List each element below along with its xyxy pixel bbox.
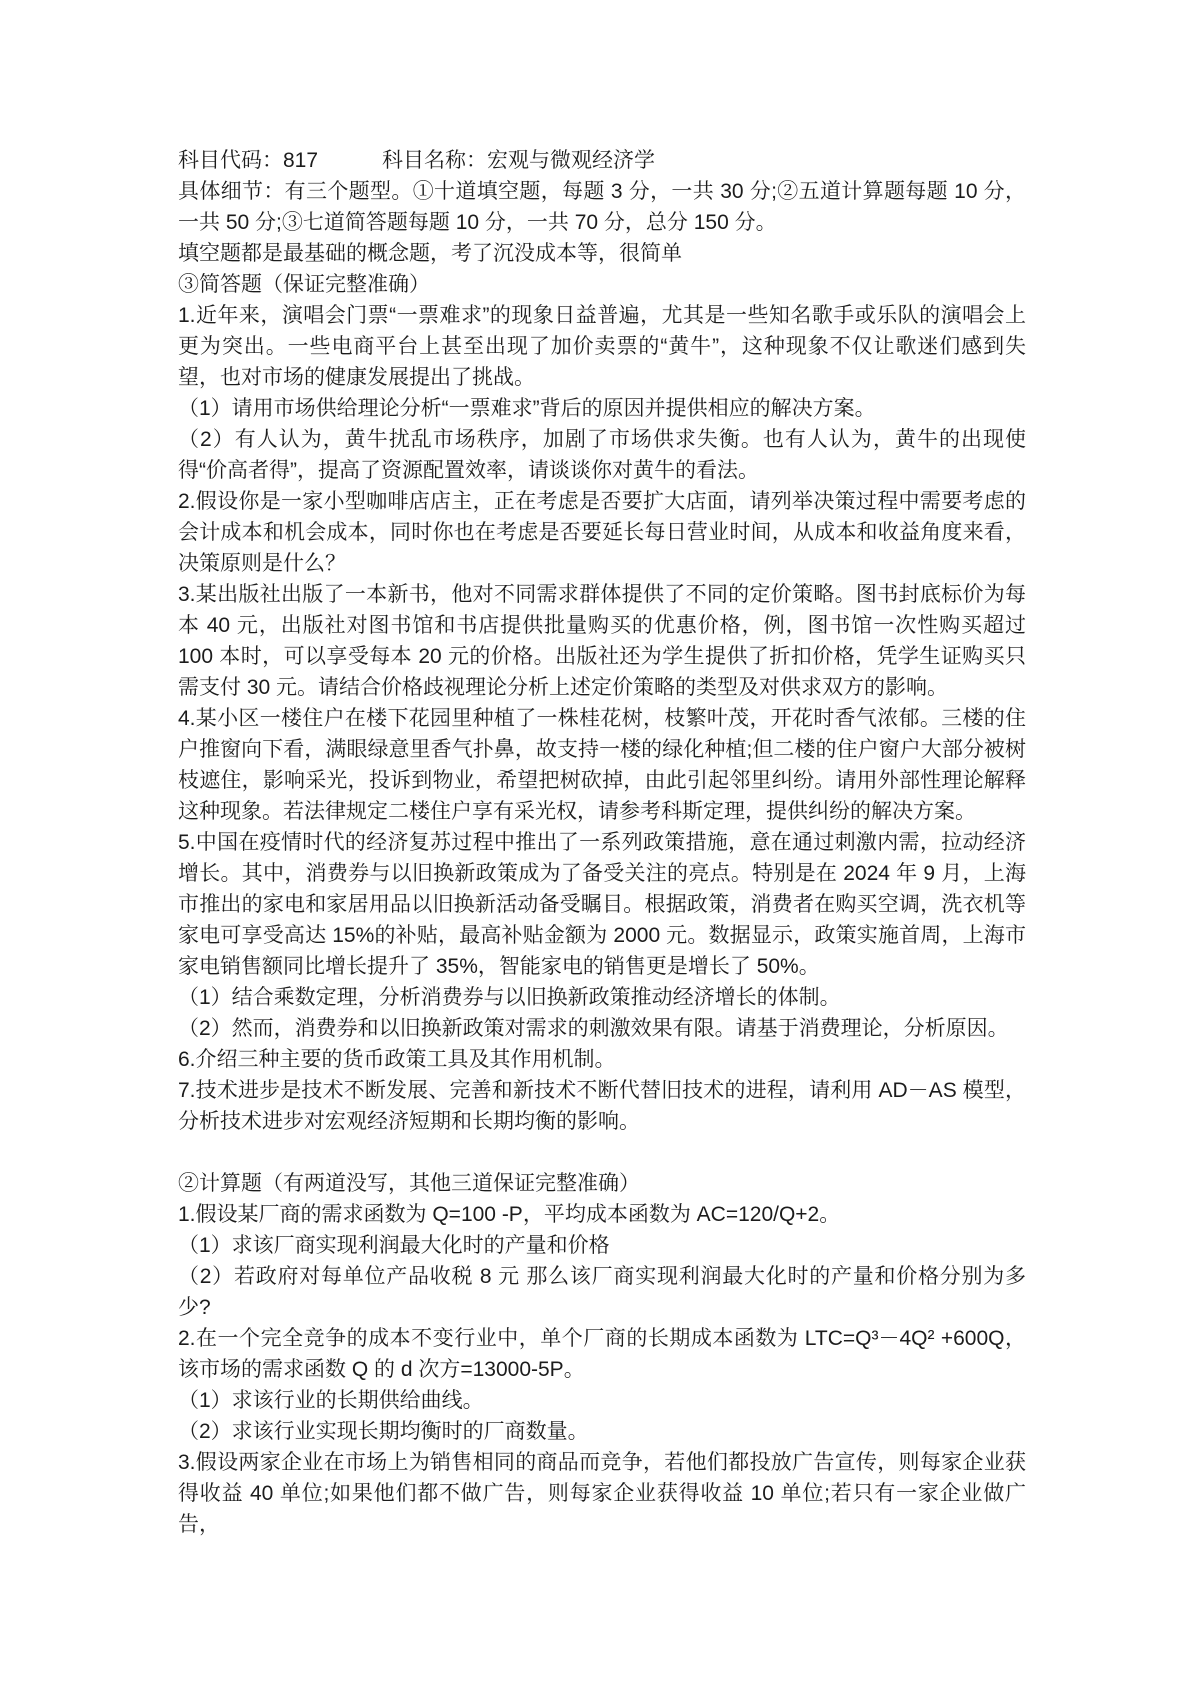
short-answer-question-7: 7.技术进步是技术不断发展、完善和新技术不断代替旧技术的进程，请利用 AD－AS…: [178, 1075, 1026, 1137]
short-answer-question-5-part-1: （1）结合乘数定理，分析消费券与以旧换新政策推动经济增长的体制。: [178, 982, 1026, 1013]
calculation-question-2-part-2: （2）求该行业实现长期均衡时的厂商数量。: [178, 1416, 1026, 1447]
short-answer-question-5: 5.中国在疫情时代的经济复苏过程中推出了一系列政策措施，意在通过刺激内需，拉动经…: [178, 827, 1026, 982]
fill-in-blank-note: 填空题都是最基础的概念题，考了沉没成本等，很简单: [178, 238, 1026, 269]
short-answer-question-3: 3.某出版社出版了一本新书，他对不同需求群体提供了不同的定价策略。图书封底标价为…: [178, 579, 1026, 703]
short-answer-question-1: 1.近年来，演唱会门票“一票难求”的现象日益普遍，尤其是一些知名歌手或乐队的演唱…: [178, 300, 1026, 393]
short-answer-question-6: 6.介绍三种主要的货币政策工具及其作用机制。: [178, 1044, 1026, 1075]
calculation-question-3: 3.假设两家企业在市场上为销售相同的商品而竞争，若他们都投放广告宣传，则每家企业…: [178, 1447, 1026, 1540]
subject-header: 科目代码：817科目名称：宏观与微观经济学: [178, 145, 1026, 176]
short-answer-section-heading: ③简答题（保证完整准确）: [178, 269, 1026, 300]
calculation-question-1-part-2: （2）若政府对每单位产品收税 8 元 那么该厂商实现利润最大化时的产量和价格分别…: [178, 1261, 1026, 1323]
calculation-question-2: 2.在一个完全竞争的成本不变行业中，单个厂商的长期成本函数为 LTC=Q³－4Q…: [178, 1323, 1026, 1385]
calculation-question-1-part-1: （1）求该厂商实现利润最大化时的产量和价格: [178, 1230, 1026, 1261]
short-answer-question-1-part-2: （2）有人认为，黄牛扰乱市场秩序，加剧了市场供求失衡。也有人认为，黄牛的出现使得…: [178, 424, 1026, 486]
calculation-section-heading: ②计算题（有两道没写，其他三道保证完整准确）: [178, 1168, 1026, 1199]
short-answer-question-1-part-1: （1）请用市场供给理论分析“一票难求”背后的原因并提供相应的解决方案。: [178, 393, 1026, 424]
short-answer-question-2: 2.假设你是一家小型咖啡店店主，正在考虑是否要扩大店面，请列举决策过程中需要考虑…: [178, 486, 1026, 579]
exam-structure-note: 具体细节：有三个题型。①十道填空题，每题 3 分，一共 30 分;②五道计算题每…: [178, 176, 1026, 238]
calculation-question-2-part-1: （1）求该行业的长期供给曲线。: [178, 1385, 1026, 1416]
short-answer-question-4: 4.某小区一楼住户在楼下花园里种植了一株桂花树，枝繁叶茂，开花时香气浓郁。三楼的…: [178, 703, 1026, 827]
subject-code: 科目代码：817: [178, 149, 318, 172]
exam-notes-document: 科目代码：817科目名称：宏观与微观经济学 具体细节：有三个题型。①十道填空题，…: [178, 145, 1026, 1540]
subject-name: 科目名称：宏观与微观经济学: [382, 149, 655, 172]
calculation-question-1: 1.假设某厂商的需求函数为 Q=100 -P，平均成本函数为 AC=120/Q+…: [178, 1199, 1026, 1230]
short-answer-question-5-part-2: （2）然而，消费券和以旧换新政策对需求的刺激效果有限。请基于消费理论，分析原因。: [178, 1013, 1026, 1044]
